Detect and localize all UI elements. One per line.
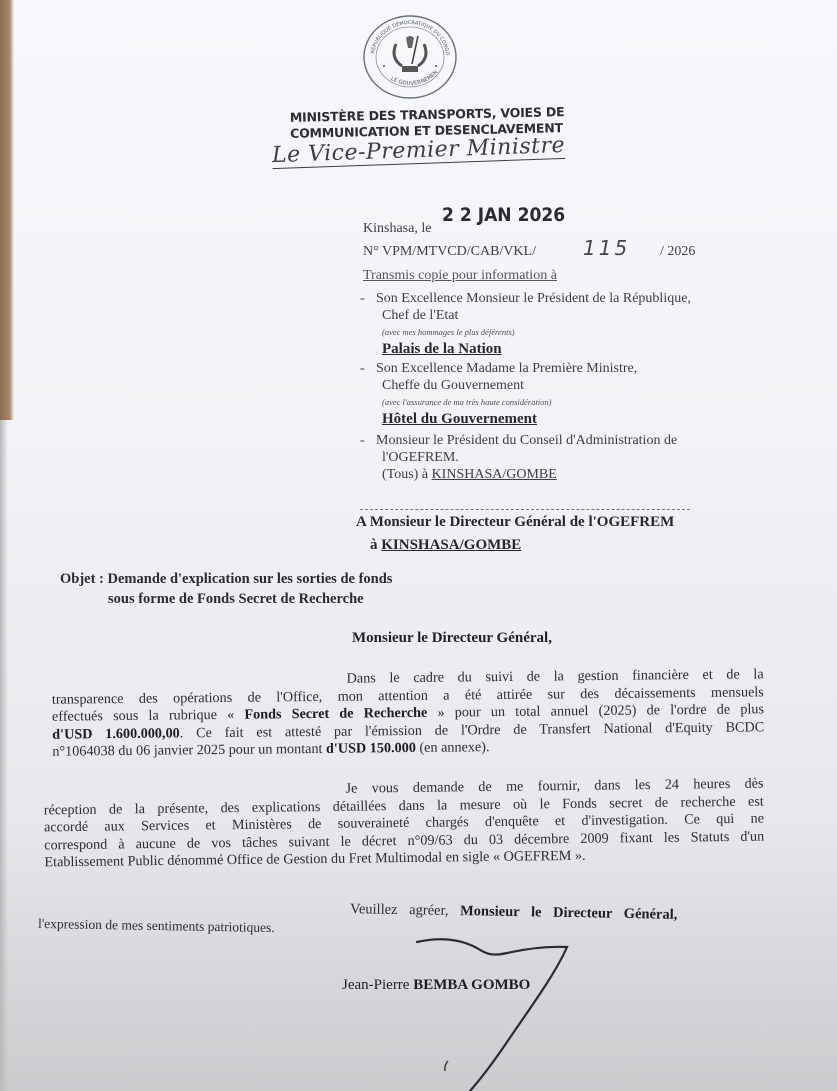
body-paragraph-1: Dans le cadre du suivi de la gestion fin…	[52, 666, 765, 761]
copy-recipient: -Son Excellence Madame la Première Minis…	[360, 360, 637, 428]
reference-year: / 2026	[660, 244, 695, 260]
handwritten-signature-icon	[415, 935, 595, 1091]
recipient-note: (avec mes hommages le plus déférents)	[360, 324, 691, 341]
reference-number-handwritten: 115	[583, 236, 630, 260]
subject-line: Demande d'explication sur les sorties de…	[108, 571, 393, 587]
recipient-note: (avec l'assurance de ma très haute consi…	[360, 394, 637, 411]
subject: Objet : Demande d'explication sur les so…	[60, 571, 392, 588]
page-edge-shadow	[0, 420, 8, 1091]
date-stamp: 2 2 JAN 2026	[442, 204, 565, 226]
reference-prefix: N° VPM/MTVCD/CAB/VKL/	[363, 244, 536, 260]
text: n°1064038 du 06 janvier 2025 pour un mon…	[52, 741, 326, 760]
closing-formula: Veuillez agréer, Monsieur le Directeur G…	[350, 901, 678, 924]
recipient-line: Cheffe du Gouvernement	[360, 377, 637, 394]
signatory-name: Jean-Pierre BEMBA GOMBO	[342, 977, 530, 994]
amount-transfer: d'USD 150.000	[326, 740, 416, 757]
recipient-place: Hôtel du Gouvernement	[360, 411, 637, 428]
amount-total: d'USD 1.600.000,00	[52, 725, 180, 742]
text: Veuillez agréer,	[350, 901, 460, 919]
recipient-line: Son Excellence Monsieur le Président de …	[376, 291, 691, 306]
addressee-line: A Monsieur le Directeur Général de l'OGE…	[356, 514, 674, 531]
body-paragraph-2: Je vous demande de me fournir, dans les …	[43, 776, 764, 872]
salutation: Monsieur le Directeur Général,	[352, 630, 552, 647]
subject-label: Objet :	[60, 571, 108, 587]
signatory-first-name: Jean-Pierre	[342, 977, 413, 993]
text: (en annexe).	[416, 739, 490, 756]
addressee-city: à KINSHASA/GOMBE	[370, 537, 521, 554]
place-label: Kinshasa, le	[363, 221, 431, 237]
recipient-line: l'OGEFREM.	[360, 449, 677, 466]
coat-of-arms-seal-icon: RÉPUBLIQUE DÉMOCRATIQUE DU CONGO LE GOUV…	[362, 14, 458, 100]
text-bold: Fonds Secret de Recherche	[244, 705, 427, 723]
recipient-line: Monsieur le Président du Conseil d'Admin…	[376, 433, 677, 448]
separator-dashed	[360, 509, 690, 510]
page-edge-shadow	[0, 0, 14, 420]
recipient-line: Son Excellence Madame la Première Minist…	[376, 361, 637, 376]
text-bold: Monsieur le Directeur Général,	[460, 903, 678, 923]
closing-formula-end: l'expression de mes sentiments patriotiq…	[38, 916, 275, 936]
recipient-line: (Tous) à	[382, 467, 432, 482]
copy-label: Transmis copie pour information à	[363, 268, 557, 284]
recipient-place: KINSHASA/GOMBE	[432, 467, 557, 482]
addressee-place: KINSHASA/GOMBE	[381, 537, 521, 553]
copy-recipient: -Monsieur le Président du Conseil d'Admi…	[360, 432, 677, 483]
recipient-place: Palais de la Nation	[360, 341, 691, 358]
subject-line-2: sous forme de Fonds Secret de Recherche	[108, 591, 364, 608]
text: » pour un total annuel (2025) de l'ordre…	[427, 701, 764, 721]
text: effectués sous la rubrique «	[52, 707, 245, 725]
copy-recipient: -Son Excellence Monsieur le Président de…	[360, 290, 691, 358]
signatory-last-name: BEMBA GOMBO	[413, 977, 530, 993]
addressee-prefix: à	[370, 537, 381, 553]
recipient-line: Chef de l'Etat	[360, 307, 691, 324]
